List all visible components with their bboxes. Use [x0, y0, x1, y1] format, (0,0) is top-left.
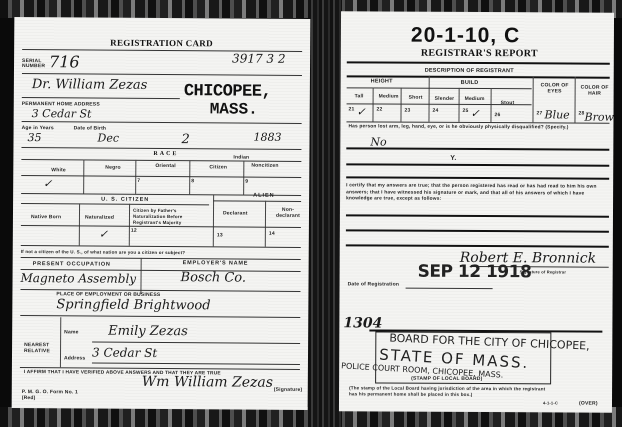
alien-col-declarant: Declarant: [223, 210, 248, 216]
height-label: HEIGHT: [371, 78, 393, 84]
eye-color: Blue: [544, 108, 569, 121]
race-label: RACE: [153, 151, 178, 157]
employer-label: EMPLOYER'S NAME: [183, 260, 249, 266]
form-code: P. M. G. O. Form No. 1 (Red): [22, 389, 92, 401]
report-title: REGISTRAR'S REPORT: [421, 48, 538, 60]
race-indian-label: Indian: [233, 155, 249, 161]
date-label: Date of Registration: [348, 281, 400, 287]
tall-mark: ✓: [356, 105, 365, 118]
us-col-native: Native Born: [31, 214, 61, 220]
alien-col-nondeclarant: Non-declarant: [271, 207, 305, 219]
relative-address-label: Address: [64, 355, 85, 361]
race-col-negro: Negro: [105, 165, 120, 171]
home-address: 3 Cedar St: [32, 107, 92, 120]
card-title: REGISTRATION CARD: [110, 38, 213, 49]
naturalized-mark: ✓: [99, 228, 108, 241]
race-col-white: White: [51, 167, 66, 173]
occupation-label: PRESENT OCCUPATION: [33, 261, 111, 268]
eyes-label: COLOR OF EYES: [535, 82, 575, 94]
registrars-report-card: 20-1-10, C REGISTRAR'S REPORT DESCRIPTIO…: [339, 11, 614, 412]
dob-month: Dec: [97, 132, 119, 145]
race-white-mark: ✓: [43, 177, 52, 190]
city-stamp-line1: CHICOPEE,: [184, 82, 271, 102]
stamp-note: (The stamp of the Local Board having jur…: [349, 385, 549, 398]
build-col-slender: Slender: [435, 96, 455, 102]
registrant-signature: Wm William Zezas: [142, 374, 273, 391]
alien-label: ALIEN: [253, 193, 275, 199]
employer: Bosch Co.: [181, 270, 247, 285]
microfilm-gutter: [308, 0, 342, 427]
certify-text: I certify that my answers are true; that…: [346, 183, 610, 204]
race-col-oriental: Oriental: [155, 163, 176, 169]
nearest-relative-label: NEAREST RELATIVE: [24, 342, 52, 354]
registrant-name: Dr. William Zezas: [32, 77, 148, 93]
over-label: (OVER): [579, 401, 598, 407]
code-stamp: 20-1-10, C: [411, 24, 520, 49]
dob-day: 2: [181, 132, 189, 147]
city-stamp-line2: MASS.: [210, 100, 258, 118]
height-col-medium: Medium: [379, 93, 399, 99]
place-of-employment: Springfield Brightwood: [56, 297, 210, 313]
stamp-caption: (STAMP OF LOCAL BOARD): [411, 376, 482, 382]
disability-question: Has person lost arm, leg, hand, eye, or …: [348, 124, 610, 131]
signature-label: (Signature): [274, 387, 303, 393]
us-col-by-father: Citizen by Father's Naturalization Befor…: [133, 208, 209, 227]
height-col-short: Short: [409, 95, 423, 101]
serial-number: 716: [49, 52, 80, 71]
relative-name-label: Name: [64, 329, 78, 335]
us-col-naturalized: Naturalized: [85, 214, 114, 220]
race-col-noncitizen: Noncitizen: [251, 163, 278, 169]
build-col-medium: Medium: [465, 96, 485, 102]
footer-code: 4-1-1-C: [543, 400, 558, 405]
race-col-citizen: Citizen: [209, 164, 227, 170]
height-col-tall: Tall: [355, 93, 364, 99]
build-label: BUILD: [461, 80, 479, 86]
occupation: Magneto Assembly: [20, 271, 136, 286]
dob-year: 1883: [253, 131, 281, 144]
hair-label: COLOR OF HAIR: [577, 85, 613, 97]
age: 35: [27, 131, 41, 144]
us-citizen-label: U. S. CITIZEN: [101, 197, 149, 203]
order-number: 3917 3 2: [232, 51, 286, 65]
relative-name: Emily Zezas: [108, 324, 188, 340]
relative-address: 3 Cedar St: [92, 346, 157, 360]
registration-card: REGISTRATION CARD SERIAL NUMBER 716 3917…: [12, 17, 311, 410]
nation-question: If not a citizen of the U. S., of what n…: [21, 249, 186, 255]
medium-build-mark: ✓: [470, 107, 479, 120]
disability-mark: Y.: [450, 155, 456, 162]
date-stamp: SEP 12 1918: [418, 262, 532, 283]
description-label: DESCRIPTION OF REGISTRANT: [425, 68, 514, 74]
serial-number-label: SERIAL NUMBER: [22, 59, 40, 69]
